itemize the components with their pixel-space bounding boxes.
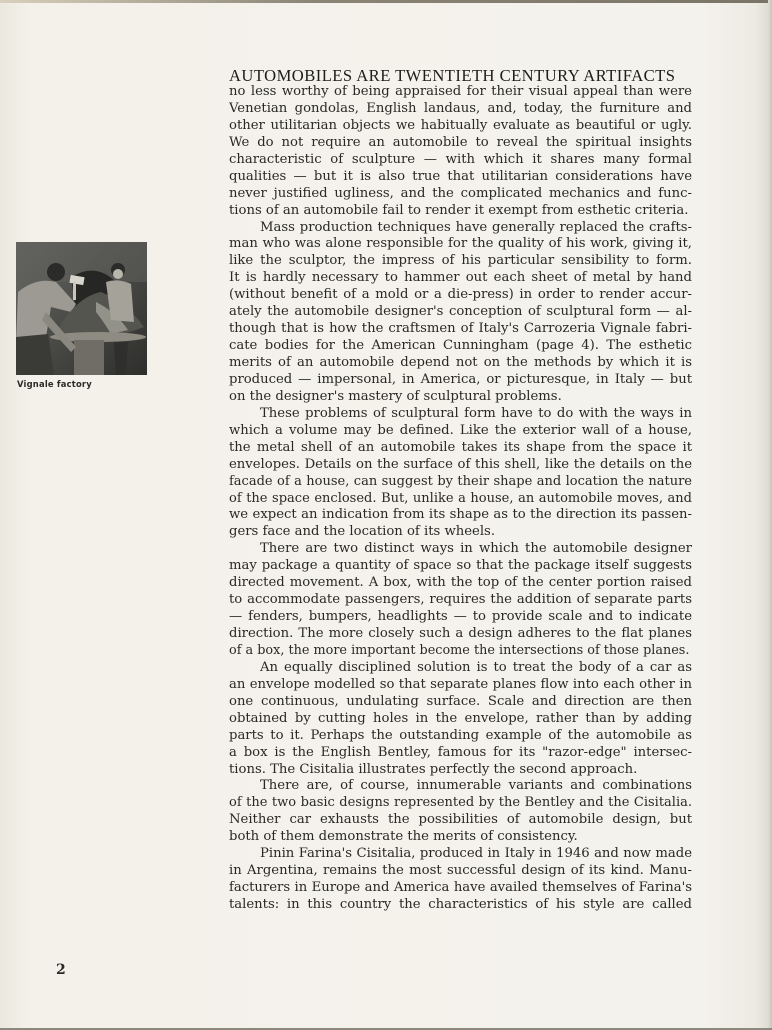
text-line: — fenders, bumpers, headlights — to prov…	[229, 609, 692, 626]
vignale-factory-photo	[16, 242, 147, 375]
text-line: may package a quantity of space so that …	[229, 558, 692, 575]
text-line: merits of an automobile depend not on th…	[229, 355, 692, 372]
page-top-edge	[0, 0, 772, 3]
text-line: tions of an automobile fail to render it…	[229, 203, 692, 220]
paragraph: An equally disciplined solution is to tr…	[229, 660, 692, 779]
text-line: facade of a house, can suggest by their …	[229, 474, 692, 491]
text-line: which a volume may be defined. Like the …	[229, 423, 692, 440]
text-line: both of them demonstrate the merits of c…	[229, 829, 692, 846]
text-line: an envelope modelled so that separate pl…	[229, 677, 692, 694]
paragraph: These problems of sculptural form have t…	[229, 406, 692, 542]
text-line: one continuous, undulating surface. Scal…	[229, 694, 692, 711]
text-line: man who was alone responsible for the qu…	[229, 236, 692, 253]
text-line: produced — impersonal, in America, or pi…	[229, 372, 692, 389]
text-line: in Argentina, remains the most successfu…	[229, 863, 692, 880]
text-line: There are, of course, innumerable varian…	[229, 778, 692, 795]
article-column: AUTOMOBILES ARE TWENTIETH CENTURY ARTIFA…	[229, 67, 692, 914]
text-line: It is hardly necessary to hammer out eac…	[229, 270, 692, 287]
text-line: we expect an indication from its shape a…	[229, 507, 692, 524]
text-line: These problems of sculptural form have t…	[229, 406, 692, 423]
text-line: envelopes. Details on the surface of thi…	[229, 457, 692, 474]
text-line: parts to it. Perhaps the outstanding exa…	[229, 728, 692, 745]
paragraph: There are, of course, innumerable varian…	[229, 778, 692, 846]
paragraph: There are two distinct ways in which the…	[229, 541, 692, 660]
text-line: gers face and the location of its wheels…	[229, 524, 692, 541]
paragraph: Mass production techniques have generall…	[229, 220, 692, 406]
text-line: qualities — but it is also true that uti…	[229, 169, 692, 186]
photo-caption: Vignale factory	[17, 379, 92, 389]
page: Vignale factory AUTOMOBILES ARE TWENTIET…	[0, 0, 772, 1030]
text-line: talents: in this country the characteris…	[229, 897, 692, 914]
text-line: We do not require an automobile to revea…	[229, 135, 692, 152]
text-line: Pinin Farina's Cisitalia, produced in It…	[229, 846, 692, 863]
text-line: tions. The Cisitalia illustrates perfect…	[229, 762, 692, 779]
text-line: cate bodies for the American Cunningham …	[229, 338, 692, 355]
text-line: Venetian gondolas, English landaus, and,…	[229, 101, 692, 118]
text-line: Mass production techniques have generall…	[229, 220, 692, 237]
photo-illustration	[16, 242, 147, 375]
paragraph: Pinin Farina's Cisitalia, produced in It…	[229, 846, 692, 914]
text-line: though that is how the craftsmen of Ital…	[229, 321, 692, 338]
text-line: on the designer's mastery of sculptural …	[229, 389, 692, 406]
text-line: other utilitarian objects we habitually …	[229, 118, 692, 135]
article-heading: AUTOMOBILES ARE TWENTIETH CENTURY ARTIFA…	[229, 67, 692, 84]
text-line: An equally disciplined solution is to tr…	[229, 660, 692, 677]
page-right-edge	[768, 0, 772, 1030]
text-line: like the sculptor, the impress of his pa…	[229, 253, 692, 270]
text-line: of the two basic designs represented by …	[229, 795, 692, 812]
text-line: directed movement. A box, with the top o…	[229, 575, 692, 592]
text-line: ately the automobile designer's concepti…	[229, 304, 692, 321]
text-line: of the space enclosed. But, unlike a hou…	[229, 491, 692, 508]
text-line: to accommodate passengers, requires the …	[229, 592, 692, 609]
page-number: 2	[56, 962, 66, 978]
text-line: no less worthy of being appraised for th…	[229, 84, 692, 101]
paragraph: no less worthy of being appraised for th…	[229, 84, 692, 220]
text-line: obtained by cutting holes in the envelop…	[229, 711, 692, 728]
text-line: of a box, the more important become the …	[229, 643, 692, 660]
text-line: Neither car exhausts the possibilities o…	[229, 812, 692, 829]
text-line: There are two distinct ways in which the…	[229, 541, 692, 558]
text-line: facturers in Europe and America have ava…	[229, 880, 692, 897]
text-line: the metal shell of an automobile takes i…	[229, 440, 692, 457]
text-line: (without benefit of a mold or a die-pres…	[229, 287, 692, 304]
text-line: characteristic of sculpture — with which…	[229, 152, 692, 169]
text-line: a box is the English Bentley, famous for…	[229, 745, 692, 762]
text-line: never justified ugliness, and the compli…	[229, 186, 692, 203]
text-line: direction. The more closely such a desig…	[229, 626, 692, 643]
